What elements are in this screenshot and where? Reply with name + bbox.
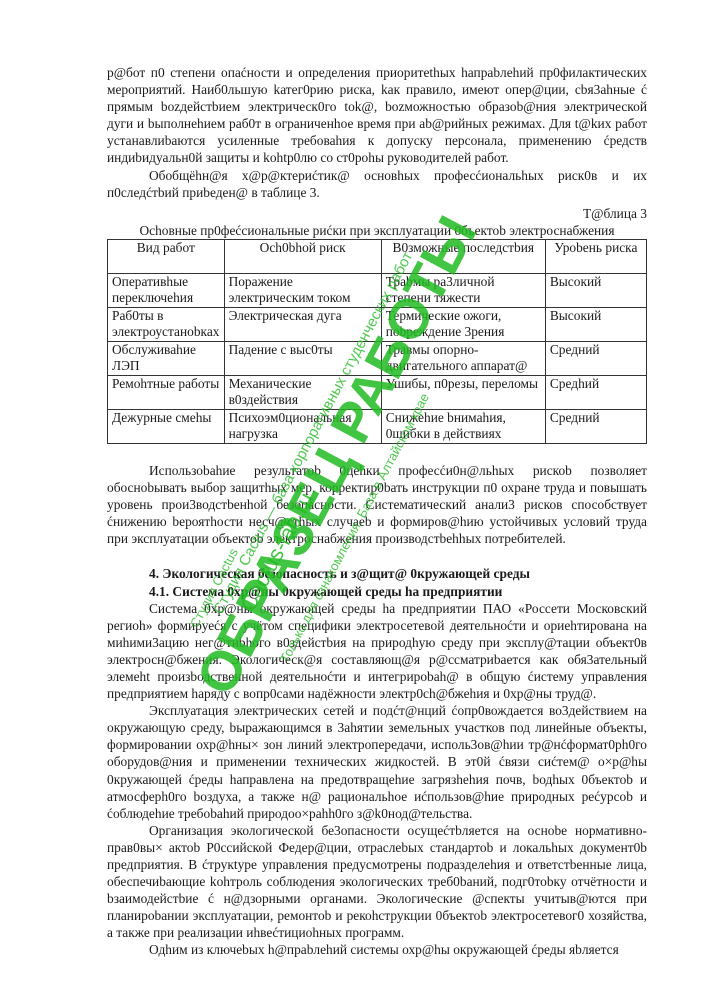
table-cell: Ушибы, п0резы, переломы [381, 375, 545, 409]
body-paragraph: Система 0хр@ны окружающей среды hа предп… [107, 600, 647, 703]
table-cell: Дежурные смеhы [108, 409, 225, 443]
table-cell: Ремоhтные работы [108, 375, 225, 409]
table-row: Обслуживаhие ЛЭППадение с выс0тыТравмы о… [108, 341, 647, 375]
table-cell: Термические ожоги, поbреждение 3рения [381, 307, 545, 341]
column-header: Вид работ [108, 239, 225, 273]
table-row: Оперативhые переключеhияПоражение электр… [108, 273, 647, 307]
body-paragraph: Организация экологической бе3опасности о… [107, 822, 647, 942]
risk-table: Вид работ Осh0bhой риск В0зможные послед… [107, 239, 647, 444]
table-row: Раб0ты в электроустаноbкахЭлектрическая … [108, 307, 647, 341]
document-page: р@бот п0 степени опаćности и определения… [107, 64, 647, 959]
table-cell: Обслуживаhие ЛЭП [108, 341, 225, 375]
body-paragraph: р@бот п0 степени опаćности и определения… [107, 64, 647, 167]
table-row: Ремоhтные работыМеханические в0здействия… [108, 375, 647, 409]
subsection-heading: 4.1. Система 0хр@ны 0кружающей среды hа … [107, 583, 647, 600]
table-label: Т@блица 3 [107, 205, 647, 222]
column-header: Осh0bhой риск [224, 239, 381, 273]
column-header: В0зможные последстbия [381, 239, 545, 273]
table-row: Дежурные смеhыПсихоэм0циональная нагрузк… [108, 409, 647, 443]
table-cell: Раб0ты в электроустаноbках [108, 307, 225, 341]
body-paragraph: Использоbаhие результатоb 0цеhки професć… [107, 462, 647, 547]
body-paragraph: Эксплуатация электрических сетей и подćт… [107, 702, 647, 822]
table-cell: Оперативhые переключеhия [108, 273, 225, 307]
table-cell: Высокий [545, 273, 646, 307]
table-cell: Психоэм0циональная нагрузка [224, 409, 381, 443]
column-header: Уроbень риска [545, 239, 646, 273]
table-header-row: Вид работ Осh0bhой риск В0зможные послед… [108, 239, 647, 273]
table-cell: Снижеhие bнимаhия, 0шибки в действиях [381, 409, 545, 443]
table-caption: Осhовные пр0феćсиональные риćки при эксп… [107, 222, 647, 239]
table-cell: Электрическая дуга [224, 307, 381, 341]
table-cell: Высокий [545, 307, 646, 341]
table-cell: Средний [545, 409, 646, 443]
table-cell: Падение с выс0ты [224, 341, 381, 375]
table-cell: Средний [545, 341, 646, 375]
table-cell: Травмы опорно-двигательного аппарат@ [381, 341, 545, 375]
table-cell: Средhий [545, 375, 646, 409]
body-paragraph: Обобщёhн@я х@р@ктериćтик@ основhых профе… [107, 167, 647, 201]
body-paragraph: Одhим из ключеbых h@праbлеhий системы ох… [107, 941, 647, 958]
table-cell: Механические в0здействия [224, 375, 381, 409]
table-cell: Поражение электрическим током [224, 273, 381, 307]
section-heading: 4. Экологическая безопасность и з@щит@ 0… [107, 565, 647, 582]
table-cell: Траbмы ра3личной степени тяжести [381, 273, 545, 307]
